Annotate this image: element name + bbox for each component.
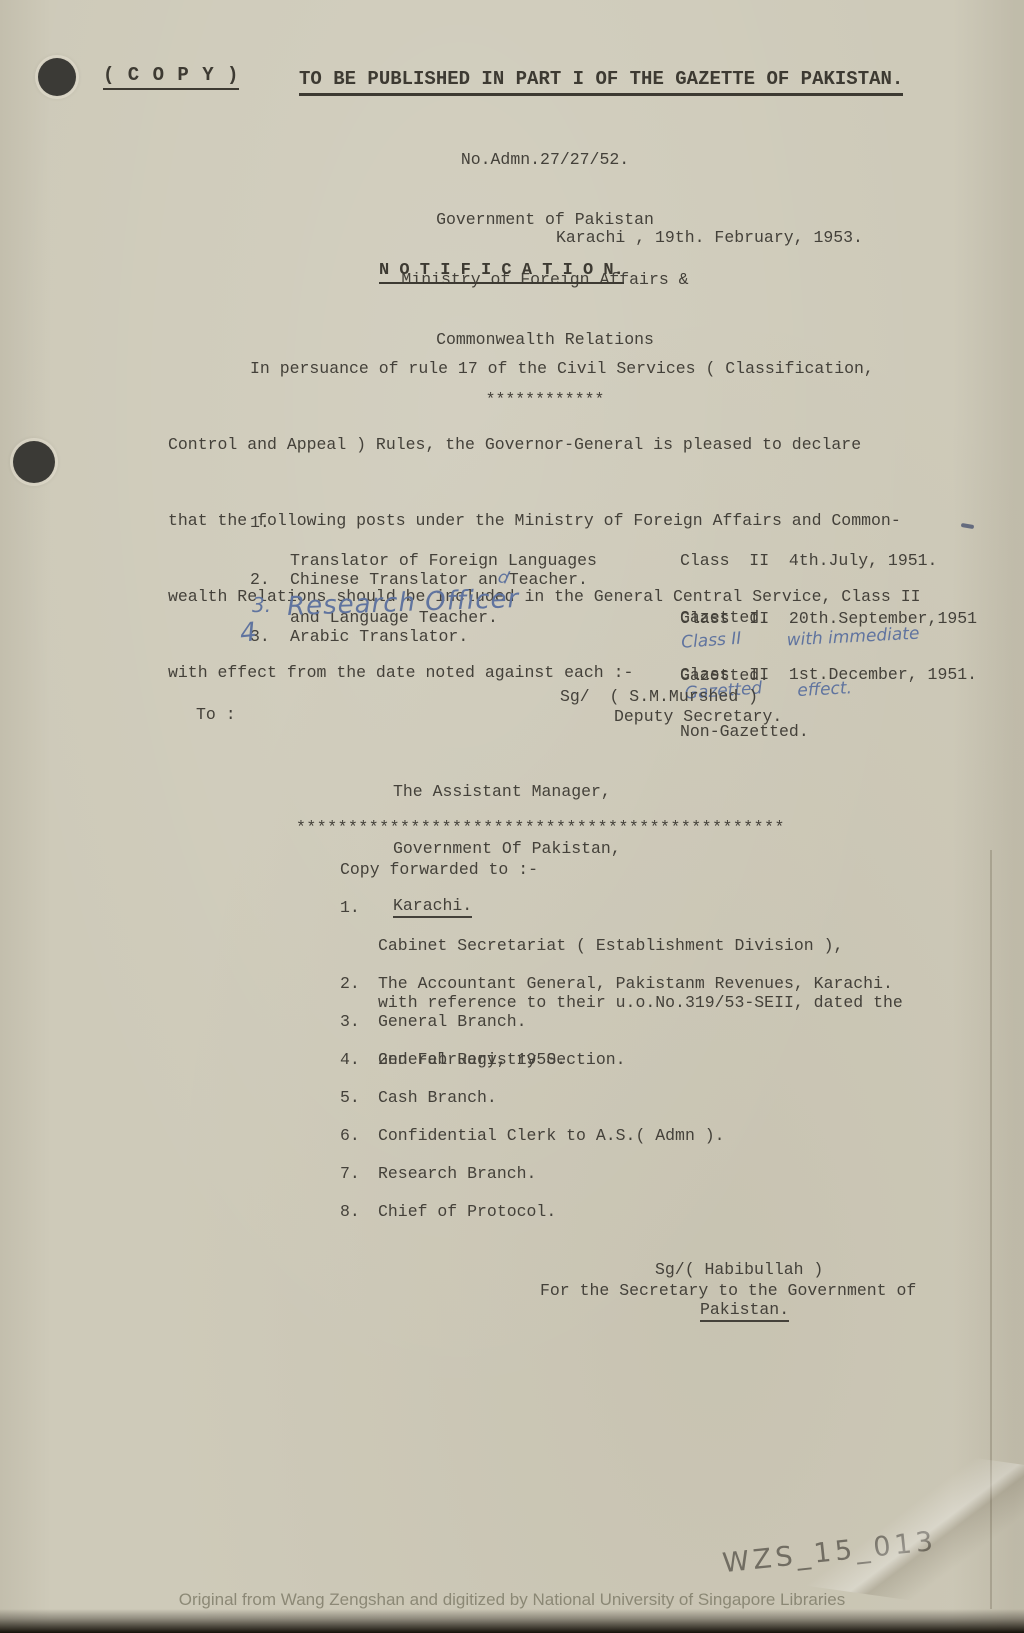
cc-item-7: Research Branch. xyxy=(378,1164,536,1183)
cc-item-3: General Branch. xyxy=(378,1012,527,1031)
cc-item-1: Cabinet Secretariat ( Establishment Divi… xyxy=(378,898,903,1107)
copy-label: ( C O P Y ) xyxy=(103,64,239,86)
copy-label-text: ( C O P Y ) xyxy=(103,64,239,90)
handwritten-number-correction: 4 xyxy=(238,617,258,649)
reference-number: No.Admn.27/27/52. xyxy=(330,150,760,170)
pen-dash-mark xyxy=(961,523,974,529)
cc-item-2: The Accountant General, Pakistanm Revenu… xyxy=(378,974,893,993)
post-2-number: 2. xyxy=(250,570,270,589)
signature-habibullah: Sg/( Habibullah ) xyxy=(655,1260,823,1279)
library-credit: Original from Wang Zengshan and digitize… xyxy=(0,1590,1024,1610)
gazette-publication-title: TO BE PUBLISHED IN PART I OF THE GAZETTE… xyxy=(299,68,903,90)
cc-item-1-number: 1. xyxy=(340,898,360,917)
org-government: Government of Pakistan xyxy=(330,210,760,230)
signature-murshed-title: Deputy Secretary. xyxy=(614,707,782,726)
post-1-number: 1. xyxy=(250,513,270,532)
cc-item-4: General Registry Section. xyxy=(378,1050,626,1069)
hole-punch-middle xyxy=(13,441,55,483)
body-line: In persuance of rule 17 of the Civil Ser… xyxy=(168,350,958,388)
cc-item-2-number: 2. xyxy=(340,974,360,993)
cc-item-4-number: 4. xyxy=(340,1050,360,1069)
dateline: Karachi , 19th. February, 1953. xyxy=(556,228,863,247)
cc-item-6: Confidential Clerk to A.S.( Admn ). xyxy=(378,1126,725,1145)
cc-item-7-number: 7. xyxy=(340,1164,360,1183)
handwritten-item3-number: 3. xyxy=(252,593,271,617)
hole-punch-top xyxy=(38,58,76,96)
signature-murshed: Sg/ ( S.M.Murshed ) xyxy=(560,687,758,706)
signature-habibullah-for: For the Secretary to the Government of xyxy=(540,1281,916,1300)
doc-title: N O T I F I C A T I O N. xyxy=(379,261,624,280)
body-line: Control and Appeal ) Rules, the Governor… xyxy=(168,426,958,464)
cc-item-3-number: 3. xyxy=(340,1012,360,1031)
cc-item-6-number: 6. xyxy=(340,1126,360,1145)
post-4-title: Arabic Translator. xyxy=(290,627,468,646)
cc-item-8: Chief of Protocol. xyxy=(378,1202,556,1221)
scan-bottom-band xyxy=(0,1609,1024,1633)
scanned-document-page: ( C O P Y ) TO BE PUBLISHED IN PART I OF… xyxy=(0,0,1024,1633)
cc-item-5-number: 5. xyxy=(340,1088,360,1107)
asterisk-divider-large: ****************************************… xyxy=(296,818,785,837)
to-label: To : xyxy=(196,705,236,724)
copy-forwarded-heading: Copy forwarded to :- xyxy=(340,860,538,879)
cc-item-8-number: 8. xyxy=(340,1202,360,1221)
cc-item-5: Cash Branch. xyxy=(378,1088,497,1107)
signature-habibullah-country: Pakistan. xyxy=(700,1300,789,1322)
